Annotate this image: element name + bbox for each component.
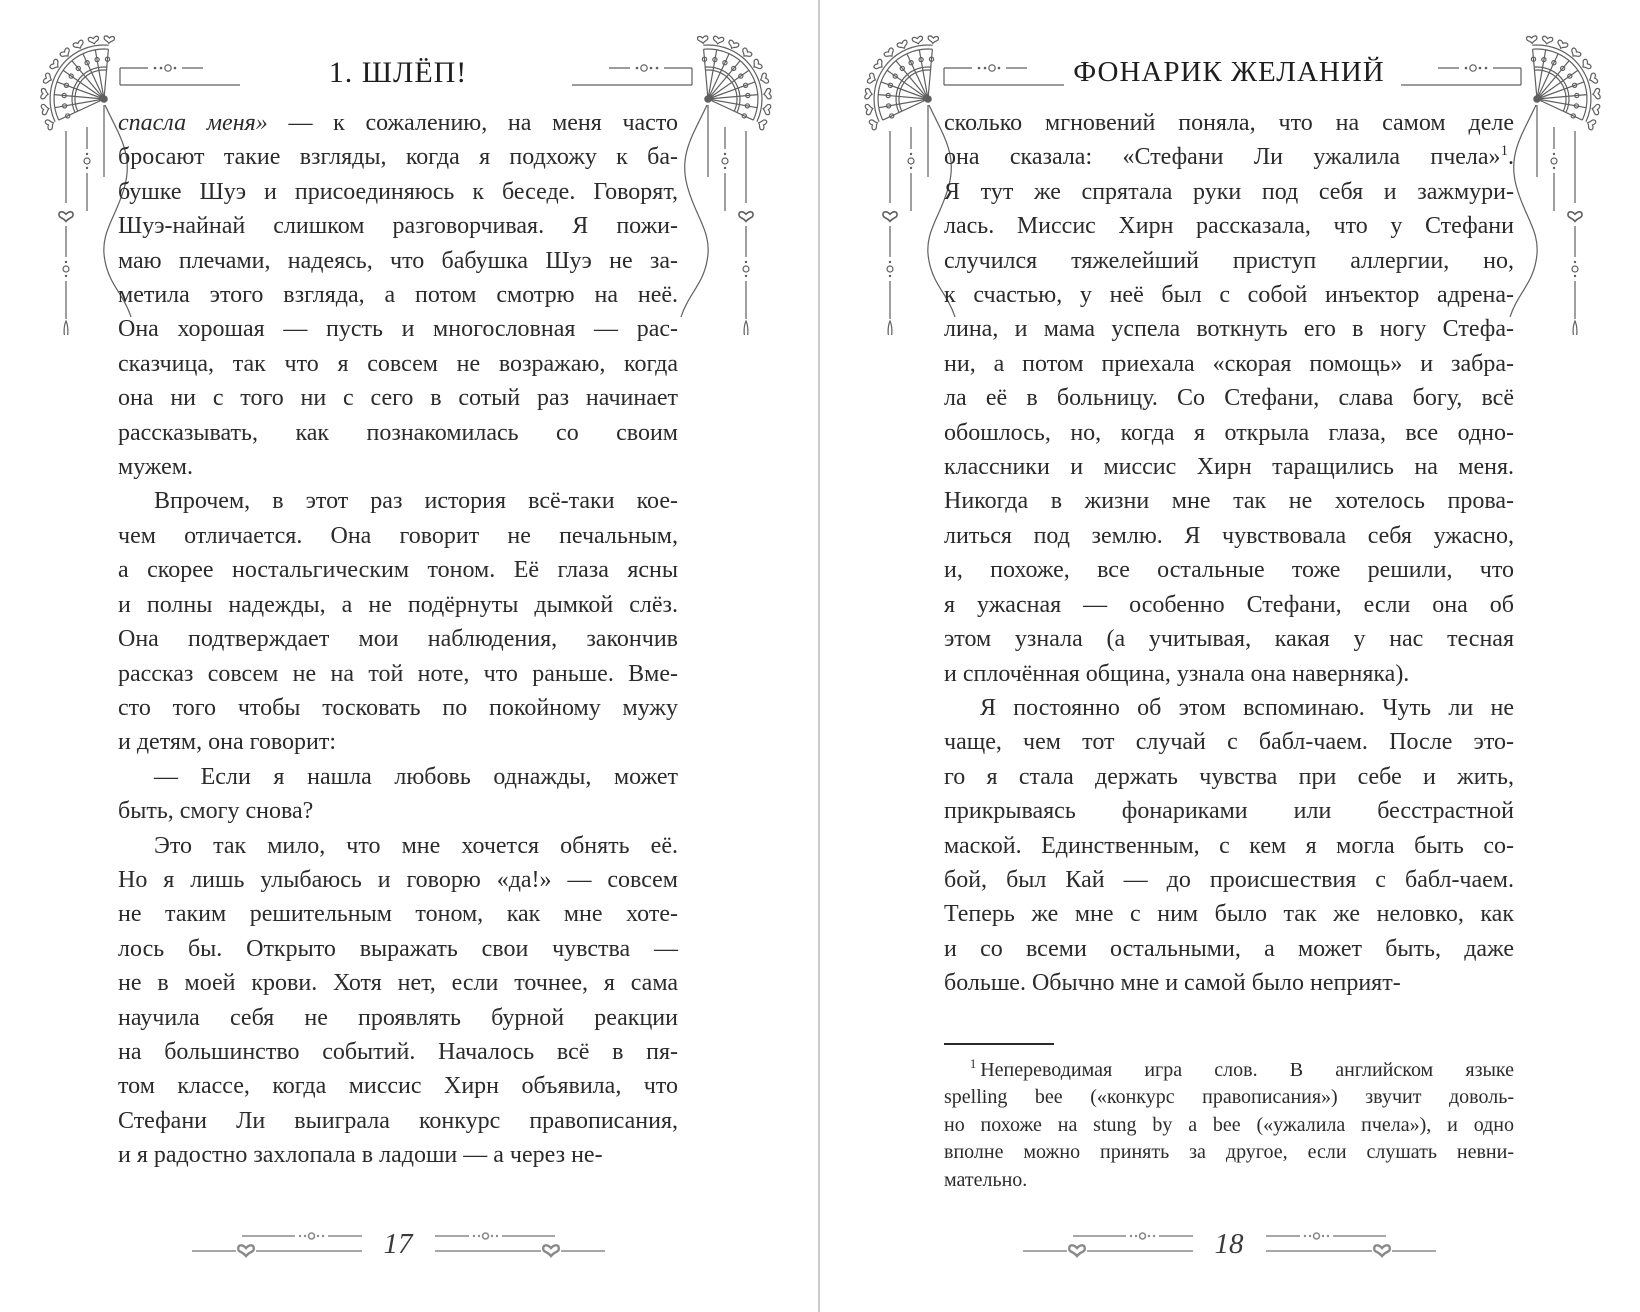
footnote-text: Непереводимая игра слов. В английском яз… <box>980 1059 1514 1081</box>
text-line: лось бы. Открыто выражать свои чувства — <box>118 932 678 966</box>
text-line: этом узнала (а учитывая, какая у нас тес… <box>944 622 1514 656</box>
body-text: спасла меня» — к сожалению, на меня част… <box>118 106 678 1173</box>
text-line: и со всеми остальными, а может быть, даж… <box>944 932 1514 966</box>
italic-lead: спасла меня» <box>118 110 268 136</box>
text-line: не в моей крови. Хотя нет, если точнее, … <box>118 966 678 1000</box>
line-text: . <box>1508 144 1514 170</box>
footnote-line: мательно. <box>944 1167 1514 1195</box>
line-text: она сказала: «Стефани Ли ужалила пчела» <box>944 144 1501 170</box>
text-line: прикрываясь фонариками или бесстрастной <box>944 794 1514 828</box>
text-line: и я радостно захлопала в ладоши — а чере… <box>118 1138 678 1172</box>
text-line: Впрочем, в этот раз история всё-таки кое… <box>118 484 678 518</box>
text-line: бой, был Кай — до происшествия с бабл-ча… <box>944 863 1514 897</box>
text-line: го я стала держать чувства при себе и жи… <box>944 760 1514 794</box>
text-line: на большинство событий. Началось всё в п… <box>118 1035 678 1069</box>
text-line: маской. Единственным, с кем я могла быть… <box>944 829 1514 863</box>
text-line: лина, и мама успела воткнуть его в ногу … <box>944 312 1514 346</box>
footer-ornament-left <box>192 1227 362 1261</box>
text-line: и детям, она говорит: <box>118 725 678 759</box>
text-line: Шуэ-найнай слишком разговорчивая. Я пожи… <box>118 209 678 243</box>
footnote-rule <box>944 1043 1054 1045</box>
text-line: случился тяжелейший приступ аллергии, но… <box>944 244 1514 278</box>
text-line: больше. Обычно мне и самой было неприят- <box>944 966 1514 1000</box>
text-line: — Если я нашла любовь однажды, может <box>118 760 678 794</box>
text-line: и полны надежды, а не подёрнуты дымкой с… <box>118 588 678 622</box>
text-line: я ужасная — особенно Стефани, если она о… <box>944 588 1514 622</box>
text-line: она ни с того ни с сего в сотый раз начи… <box>118 381 678 415</box>
text-line: а скорее ностальгическим тоном. Её глаза… <box>118 553 678 587</box>
text-line: к счастью, у неё был с собой инъектор ад… <box>944 278 1514 312</box>
text-line: Стефани Ли выиграла конкурс правописания… <box>118 1104 678 1138</box>
text-line: лась. Миссис Хирн рассказала, что у Стеф… <box>944 209 1514 243</box>
text-line: бушке Шуэ и присоединяюсь к беседе. Гово… <box>118 175 678 209</box>
text-line: маю плечами, надеясь, что бабушка Шуэ не… <box>118 244 678 278</box>
text-line: сколько мгновений поняла, что на самом д… <box>944 106 1514 140</box>
footnote-line: spelling bee («конкурс правописания») зв… <box>944 1084 1514 1112</box>
book-page-right: ФОНАРИК ЖЕЛАНИЙ сколько мгновений поняла… <box>820 0 1640 1312</box>
text-line: рассказывать, как познакомилась со своим <box>118 416 678 450</box>
text-line: научила себя не проявлять бурной реакции <box>118 1001 678 1035</box>
text-line: ла её в больницу. Со Стефани, слава богу… <box>944 381 1514 415</box>
page-footer: 18 <box>944 1222 1514 1266</box>
page-footer: 17 <box>118 1222 678 1266</box>
text-line: Я постоянно об этом вспоминаю. Чуть ли н… <box>944 691 1514 725</box>
footnote-line: вполне можно принять за другое, если слу… <box>944 1139 1514 1167</box>
page-number: 18 <box>1215 1228 1244 1261</box>
text-line: чем отличается. Она говорит не печальным… <box>118 519 678 553</box>
footnote-reference: 1 <box>1501 143 1508 159</box>
text-line: литься под землю. Я чувствовала себя ужа… <box>944 519 1514 553</box>
text-line: и, похоже, все остальные тоже решили, чт… <box>944 553 1514 587</box>
text-line: и сплочённая община, узнала она наверняк… <box>944 657 1514 691</box>
text-line: Это так мило, что мне хочется обнять её. <box>118 829 678 863</box>
text-line: быть, смогу снова? <box>118 794 678 828</box>
footnote-marker: 1 <box>970 1057 976 1071</box>
text-line: не таким решительным тоном, как мне хоте… <box>118 897 678 931</box>
text-line: бросают такие взгляды, когда я подхожу к… <box>118 140 678 174</box>
lead-rest: — к сожалению, на меня часто <box>268 110 678 136</box>
text-line: мужем. <box>118 450 678 484</box>
text-line: обошлось, но, когда я открыла глаза, все… <box>944 416 1514 450</box>
text-line: сказчица, так что я совсем не возражаю, … <box>118 347 678 381</box>
text-line: Я тут же спрятала руки под себя и зажмур… <box>944 175 1514 209</box>
body-text: сколько мгновений поняла, что на самом д… <box>944 106 1514 1194</box>
chapter-running-head: 1. ШЛЁП! <box>118 56 678 90</box>
text-line: Она хорошая — пусть и многословная — рас… <box>118 312 678 346</box>
footnote-line: но похоже на stung by a bee («ужалила пч… <box>944 1112 1514 1140</box>
text-line: сто того чтобы тосковать по покойному му… <box>118 691 678 725</box>
page-number: 17 <box>384 1228 413 1261</box>
footer-ornament-right <box>1266 1227 1436 1261</box>
text-line: метила этого взгляда, а потом смотрю на … <box>118 278 678 312</box>
text-line: Она подтверждает мои наблюдения, закончи… <box>118 622 678 656</box>
footnote-line: 1Непереводимая игра слов. В английском я… <box>944 1057 1514 1085</box>
text-line: Никогда в жизни мне так не хотелось пров… <box>944 484 1514 518</box>
footer-ornament-left <box>1023 1227 1193 1261</box>
text-line: том классе, когда миссис Хирн объявила, … <box>118 1069 678 1103</box>
footer-ornament-right <box>435 1227 605 1261</box>
book-running-head: ФОНАРИК ЖЕЛАНИЙ <box>944 56 1514 89</box>
text-line: чаще, чем тот случай с бабл-чаем. После … <box>944 725 1514 759</box>
text-line: она сказала: «Стефани Ли ужалила пчела»1… <box>944 140 1514 174</box>
text-line: Теперь же мне с ним было так же неловко,… <box>944 897 1514 931</box>
text-line: Но я лишь улыбаюсь и говорю «да!» — совс… <box>118 863 678 897</box>
text-line: ни, а потом приехала «скорая помощь» и з… <box>944 347 1514 381</box>
text-line: рассказ совсем не на той ноте, что раньш… <box>118 657 678 691</box>
book-page-left: 1. ШЛЁП! спасла меня» — к сожалению, на … <box>0 0 818 1312</box>
text-line: спасла меня» — к сожалению, на меня част… <box>118 106 678 140</box>
text-line: классники и миссис Хирн таращились на ме… <box>944 450 1514 484</box>
